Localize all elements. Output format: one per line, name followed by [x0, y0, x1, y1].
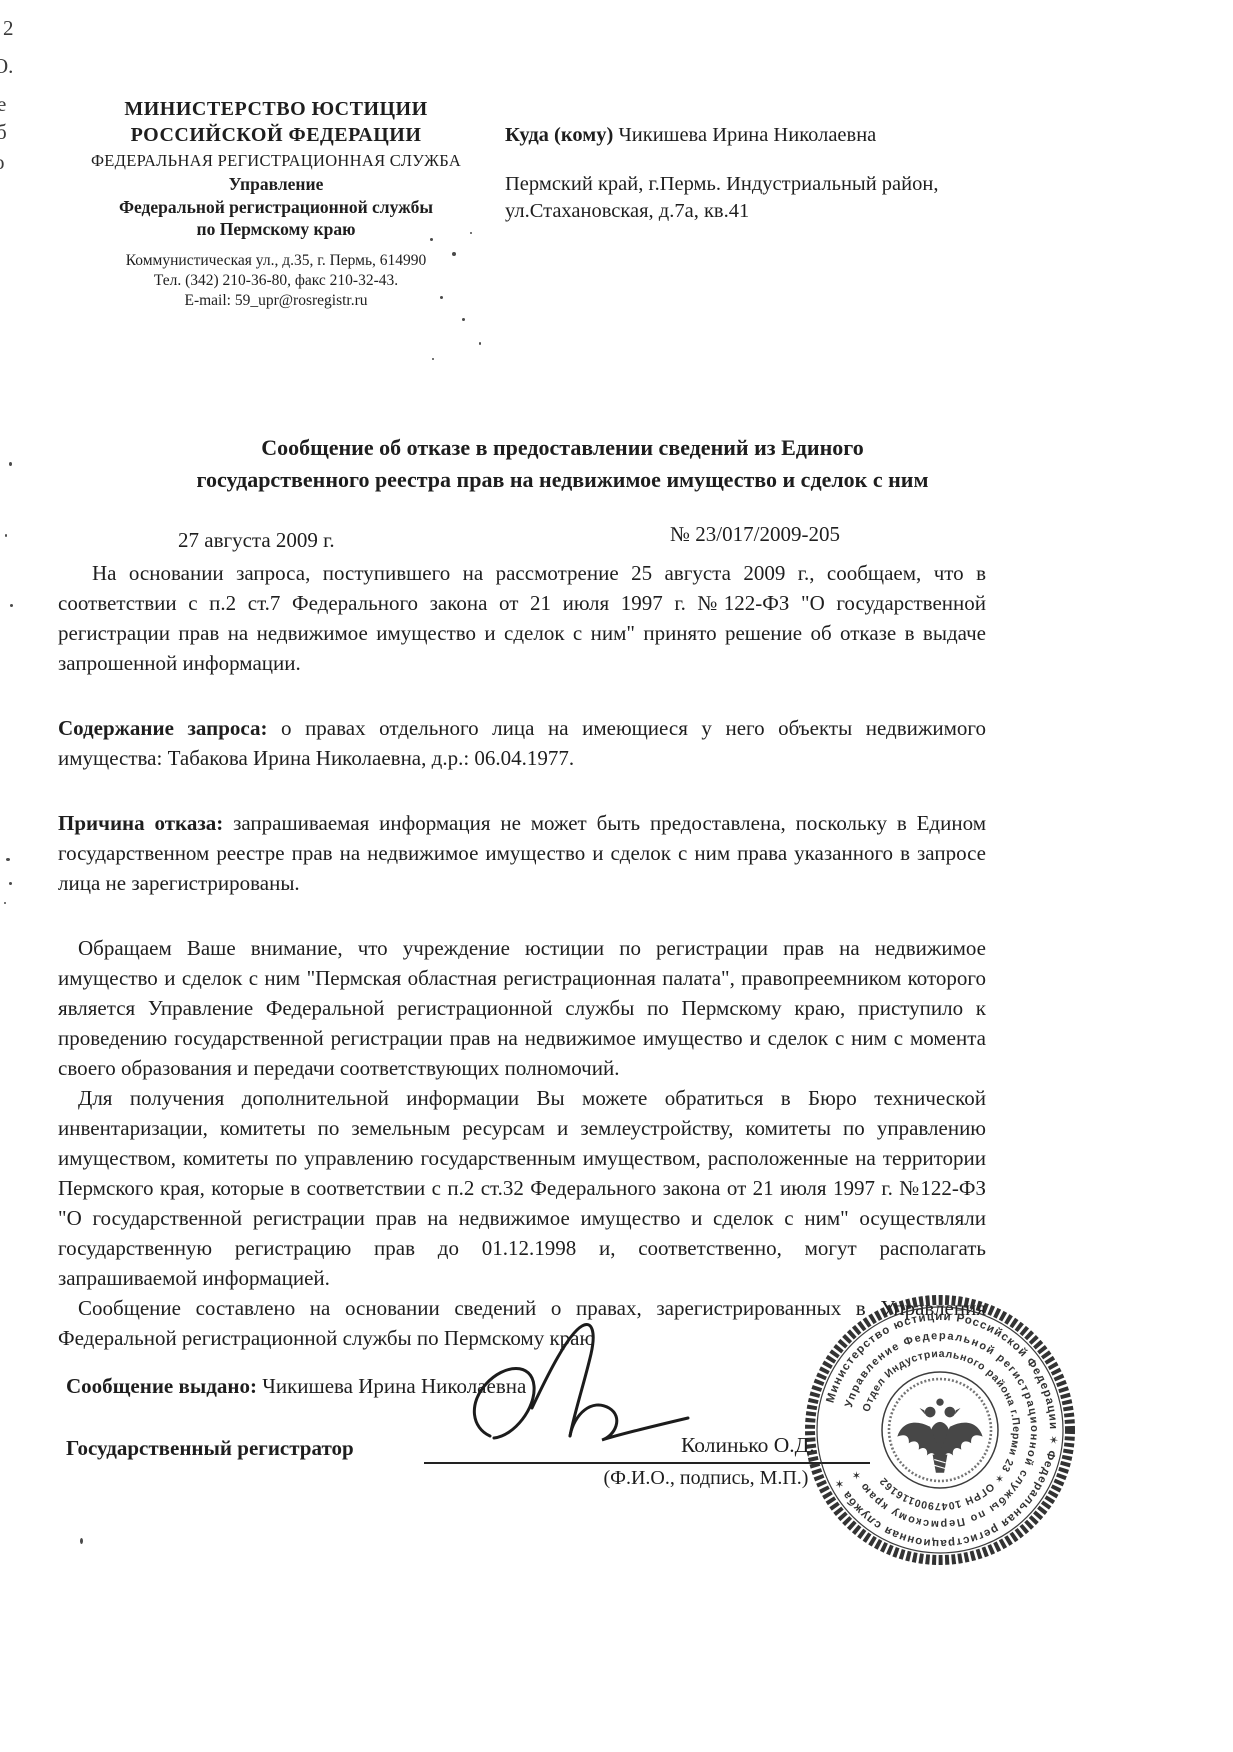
document-body: На основании запроса, поступившего на ра… — [58, 558, 986, 1353]
sender-block: МИНИСТЕРСТВО ЮСТИЦИИ РОССИЙСКОЙ ФЕДЕРАЦИ… — [72, 96, 480, 311]
edge-artifact-char: О. — [0, 54, 13, 79]
paragraph-additional-info: Для получения дополнительной информации … — [58, 1083, 986, 1293]
noise-dot — [9, 882, 12, 885]
recipient-block: Куда (кому) Чикишева Ирина Николаевна Пе… — [505, 122, 955, 225]
signature-stroke — [570, 1405, 688, 1440]
edge-artifact-char: 2 — [3, 16, 14, 41]
department-line1: Управление — [72, 173, 480, 196]
sender-phone: Тел. (342) 210-36-80, факс 210-32-43. — [72, 271, 480, 291]
noise-dot — [9, 462, 12, 466]
recipient-name: Чикишева Ирина Николаевна — [618, 124, 876, 146]
request-content-label: Содержание запроса: — [58, 716, 267, 740]
document-title: Сообщение об отказе в предоставлении све… — [60, 432, 1065, 496]
signature-scribble — [452, 1316, 712, 1466]
department-line3: по Пермскому краю — [72, 218, 480, 241]
document-title-line2: государственного реестра прав на недвижи… — [60, 464, 1065, 496]
refusal-reason-label: Причина отказа: — [58, 811, 223, 835]
document-title-line1: Сообщение об отказе в предоставлении све… — [60, 432, 1065, 464]
ministry-name-line2: РОССИЙСКОЙ ФЕДЕРАЦИИ — [72, 122, 480, 148]
noise-dot — [80, 1538, 83, 1544]
noise-dot — [432, 358, 434, 360]
signature-stroke — [532, 1324, 593, 1436]
noise-dot — [6, 858, 10, 861]
paragraph-request-content: Содержание запроса: о правах отдельного … — [58, 713, 986, 773]
doc-number: № 23/017/2009-205 — [670, 522, 840, 547]
doc-date: 27 августа 2009 г. — [178, 528, 335, 553]
paragraph-notice: Обращаем Ваше внимание, что учреждение ю… — [58, 933, 986, 1083]
paragraph-refusal-reason: Причина отказа: запрашиваемая информация… — [58, 808, 986, 898]
official-stamp: Министерство юстиции Российской Федераци… — [805, 1295, 1075, 1565]
edge-artifact-char: о — [0, 150, 5, 175]
issued-to-label: Сообщение выдано: — [66, 1374, 257, 1398]
noise-dot — [4, 902, 6, 904]
paragraph-intro: На основании запроса, поступившего на ра… — [58, 558, 986, 678]
edge-artifact-char: б — [0, 120, 7, 145]
recipient-address: Пермский край, г.Пермь. Индустриальный р… — [505, 171, 955, 225]
sender-address: Коммунистическая ул., д.35, г. Пермь, 61… — [72, 251, 480, 271]
noise-dot — [5, 534, 7, 537]
edge-artifact-char: е — [0, 92, 6, 117]
signature-stroke — [474, 1369, 534, 1439]
sender-email: E-mail: 59_upr@rosregistr.ru — [72, 291, 480, 311]
eagle-emblem — [897, 1399, 982, 1473]
scanned-document-page: 2 О. е б о МИНИСТЕРСТВО ЮСТИЦИИ РОССИЙСК… — [0, 0, 1233, 1752]
noise-dot — [10, 604, 13, 607]
registrar-label: Государственный регистратор — [66, 1436, 354, 1461]
ministry-name-line1: МИНИСТЕРСТВО ЮСТИЦИИ — [72, 96, 480, 122]
recipient-label: Куда (кому) — [505, 124, 613, 146]
department-line2: Федеральной регистрационной службы — [72, 196, 480, 219]
noise-dot — [462, 318, 465, 321]
federal-service-line: ФЕДЕРАЛЬНАЯ РЕГИСТРАЦИОННАЯ СЛУЖБА — [72, 148, 480, 173]
noise-dot — [479, 342, 481, 345]
